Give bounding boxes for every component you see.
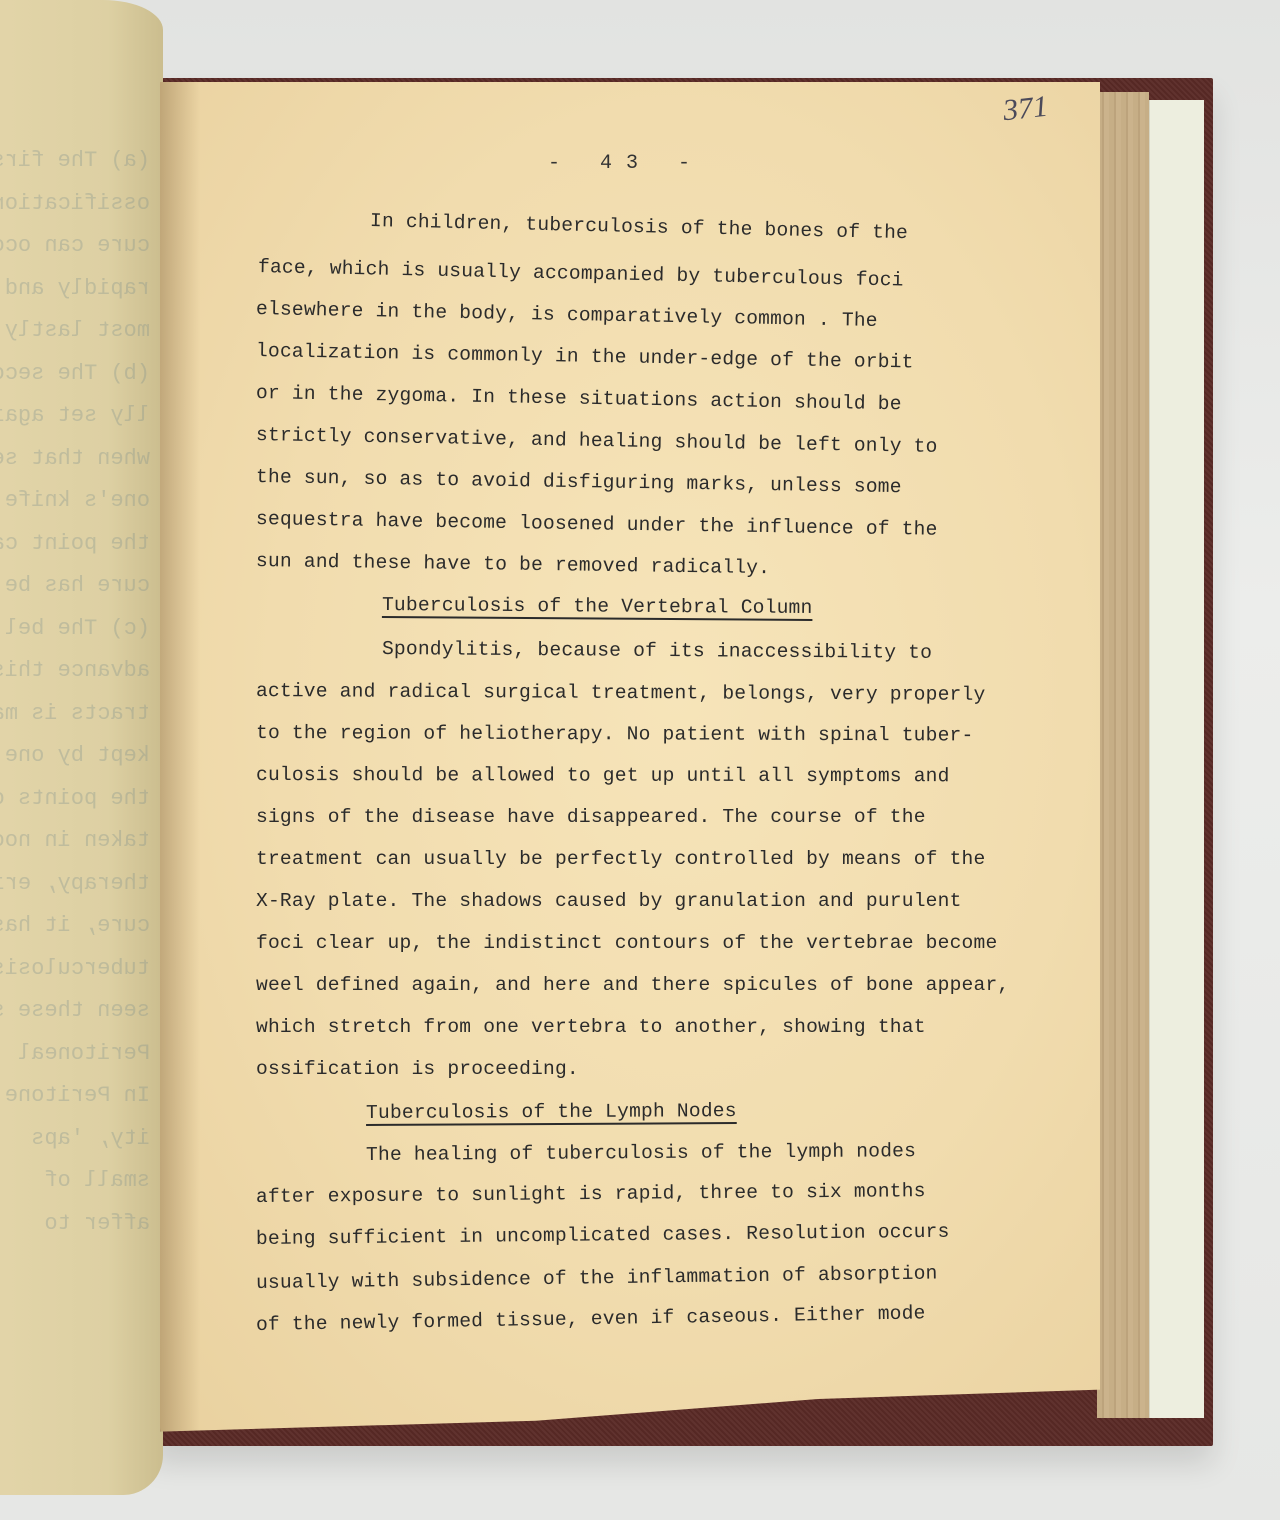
bleed-line: (c) The bel [0, 608, 150, 651]
bleed-line: In Peritone [0, 1075, 150, 1118]
page-number: - 43 - [548, 152, 704, 175]
bleed-line: lly set against [0, 395, 150, 438]
bleed-line: affer to [0, 1203, 150, 1246]
bleed-line: advance this [0, 650, 150, 693]
bleed-line: ity, 'aps [0, 1118, 150, 1161]
bleed-line: (b) The seco [0, 353, 150, 396]
page-edges [1097, 92, 1149, 1418]
text-line: Spondylitis, because of its inaccessibil… [382, 638, 932, 664]
bleed-line: tuberculosis. [0, 948, 150, 991]
bleed-through-text: (a) The firstossification in allcure can… [0, 140, 150, 1245]
bleed-line: the point can [0, 523, 150, 566]
bleed-line: most lastly d [0, 310, 150, 353]
bleed-line: small of [0, 1160, 150, 1203]
text-line: which stretch from one vertebra to anoth… [256, 1016, 926, 1038]
text-line: weel defined again, and here and there s… [256, 974, 1009, 996]
section-heading: Tuberculosis of the Lymph Nodes [366, 1100, 737, 1124]
bleed-line: cure can occ [0, 225, 150, 268]
bleed-line: when that se [0, 438, 150, 481]
text-line: The healing of tuberculosis of the lymph… [366, 1140, 916, 1166]
text-line: to the region of heliotherapy. No patien… [256, 722, 974, 747]
text-line: culosis should be allowed to get up unti… [256, 764, 950, 787]
left-page-curl[interactable]: (a) The firstossification in allcure can… [0, 0, 163, 1495]
bleed-line: (a) The first [0, 140, 150, 183]
text-line: signs of the disease have disappeared. T… [256, 806, 926, 828]
bleed-line: therapy, eri [0, 863, 150, 906]
bleed-line: taken in noch [0, 820, 150, 863]
section-heading: Tuberculosis of the Vertebral Column [382, 594, 813, 619]
bleed-line: cure, it has [0, 905, 150, 948]
text-line: foci clear up, the indistinct contours o… [256, 932, 997, 954]
bleed-line: one's knife. Th [0, 480, 150, 523]
bleed-line: ossification in all [0, 183, 150, 226]
bleed-line: tracts is mad [0, 693, 150, 736]
bleed-line: the points of [0, 778, 150, 821]
text-line: active and radical surgical treatment, b… [256, 680, 986, 706]
bleed-line: rapidly and set [0, 268, 150, 311]
bleed-line: seen these sofa [0, 990, 150, 1033]
text-line: treatment can usually be perfectly contr… [256, 848, 985, 870]
endpaper [1148, 100, 1204, 1418]
handwritten-folio-number: 371 [1001, 90, 1049, 129]
bleed-line: cure has be [0, 565, 150, 608]
bleed-line: kept by one mod [0, 735, 150, 778]
bleed-line: Peritoneal [0, 1033, 150, 1076]
text-line: X-Ray plate. The shadows caused by granu… [256, 890, 962, 912]
text-line: ossification is proceeding. [256, 1058, 579, 1080]
